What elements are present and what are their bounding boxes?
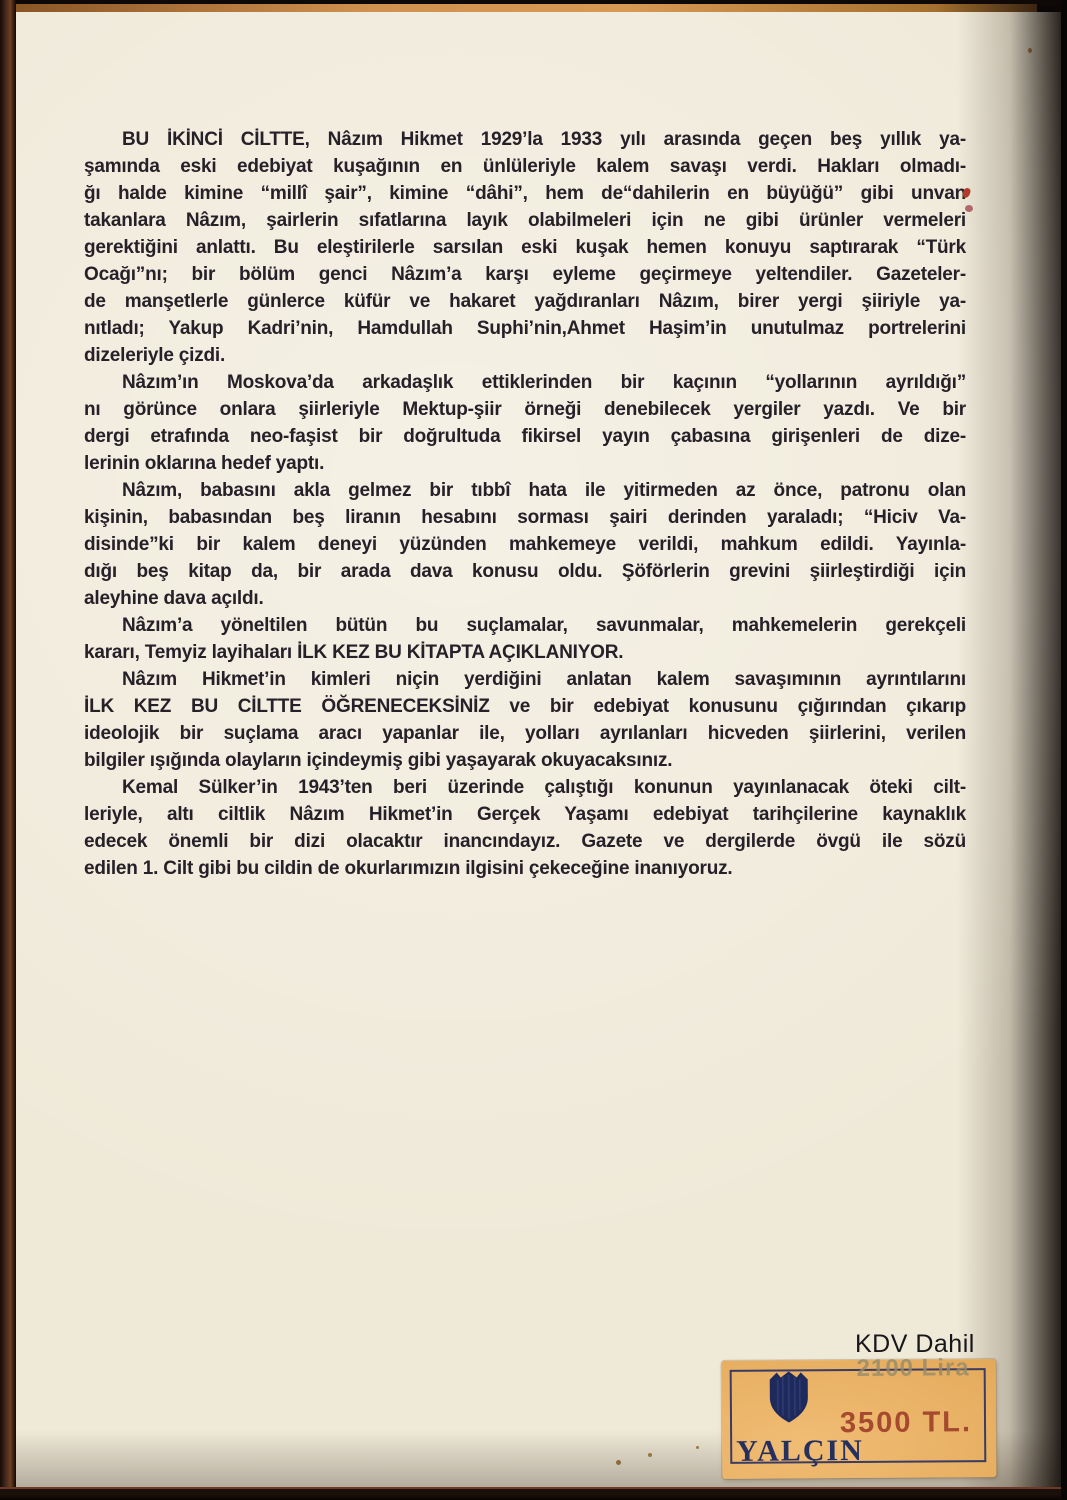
text-line: nıtladı; Yakup Kadri’nin, Hamdullah Suph…: [84, 315, 966, 342]
text-line: kişinin, babasından beş liranın hesabını…: [84, 504, 966, 531]
paragraph: Nâzım Hikmet’in kimleri niçin yerdiğini …: [84, 666, 966, 774]
paper-speck: [696, 1446, 699, 1449]
text-line: Nâzım Hikmet’in kimleri niçin yerdiğini …: [84, 666, 966, 693]
red-ink-mark: [965, 205, 973, 212]
text-line: kararı, Temyiz layihaları İLK KEZ BU KİT…: [84, 639, 966, 666]
text-line: aleyhine dava açıldı.: [84, 585, 966, 612]
text-line: Nâzım’a yöneltilen bütün bu suçlamalar, …: [84, 612, 966, 639]
text-line: Ocağı”nı; bir bölüm genci Nâzım’a karşı …: [84, 261, 966, 288]
paper-speck: [648, 1453, 652, 1457]
old-price-label: 2100 Lira: [856, 1354, 969, 1383]
text-line: leriyle, altı ciltlik Nâzım Hikmet’in Ge…: [84, 801, 966, 828]
text-line: bilgiler ışığında olayların içindeymiş g…: [84, 747, 966, 774]
photo-edge-bottom: [0, 1487, 1067, 1500]
photo-edge-right: [1061, 0, 1067, 1500]
text-line: dığı beş kitap da, bir arada dava konusu…: [84, 558, 966, 585]
text-line: ğı halde kimine “millî şair”, kimine “dâ…: [84, 180, 966, 207]
shield-book-icon: [766, 1370, 812, 1424]
paragraph: Nâzım’ın Moskova’da arkadaşlık ettikleri…: [84, 369, 966, 477]
current-price-label: 3500 TL.: [840, 1406, 972, 1440]
text-line: Nâzım, babasını akla gelmez bir tıbbî ha…: [84, 477, 966, 504]
text-line: disinde”ki bir kalem deneyi yüzünden mah…: [84, 531, 966, 558]
paper-speck: [1028, 48, 1032, 53]
paper-speck: [616, 1460, 621, 1465]
red-ink-mark: [962, 187, 972, 199]
text-line: İLK KEZ BU CİLTTE ÖĞRENECEKSİNİZ ve bir …: [84, 693, 966, 720]
text-line: BU İKİNCİ CİLTTE, Nâzım Hikmet 1929’la 1…: [84, 126, 966, 153]
book-spine-edge-left: [0, 0, 16, 1500]
text-line: Nâzım’ın Moskova’da arkadaşlık ettikleri…: [84, 369, 966, 396]
text-line: Kemal Sülker’in 1943’ten beri üzerinde ç…: [84, 774, 966, 801]
text-line: şamında eski edebiyat kuşağının en ünlül…: [84, 153, 966, 180]
text-line: dergi etrafında neo-faşist bir doğrultud…: [84, 423, 966, 450]
text-line: lerinin oklarına hedef yaptı.: [84, 450, 966, 477]
text-line: nı görünce onlara şiirleriyle Mektup-şii…: [84, 396, 966, 423]
blurb-text-block: BU İKİNCİ CİLTTE, Nâzım Hikmet 1929’la 1…: [84, 126, 966, 882]
price-sticker: YALÇIN 2100 Lira 3500 TL.: [722, 1359, 997, 1479]
paragraph: Kemal Sülker’in 1943’ten beri üzerinde ç…: [84, 774, 966, 882]
paragraph: BU İKİNCİ CİLTTE, Nâzım Hikmet 1929’la 1…: [84, 126, 966, 369]
text-line: ideolojik bir suçlama aracı yapanlar ile…: [84, 720, 966, 747]
book-back-cover-photo: BU İKİNCİ CİLTTE, Nâzım Hikmet 1929’la 1…: [0, 0, 1067, 1500]
paragraph: Nâzım, babasını akla gelmez bir tıbbî ha…: [84, 477, 966, 612]
paragraph: Nâzım’a yöneltilen bütün bu suçlamalar, …: [84, 612, 966, 666]
text-line: dizeleriyle çizdi.: [84, 342, 966, 369]
text-line: takanlara Nâzım, şairlerin sıfatlarına l…: [84, 207, 966, 234]
text-line: gerektiğini anlattı. Bu eleştirilerle sa…: [84, 234, 966, 261]
text-line: edecek önemli bir dizi olacaktır inancın…: [84, 828, 966, 855]
back-cover: BU İKİNCİ CİLTTE, Nâzım Hikmet 1929’la 1…: [16, 12, 1062, 1489]
text-line: edilen 1. Cilt gibi bu cildin de okurlar…: [84, 855, 966, 882]
text-line: de manşetlerle günlerce küfür ve hakaret…: [84, 288, 966, 315]
